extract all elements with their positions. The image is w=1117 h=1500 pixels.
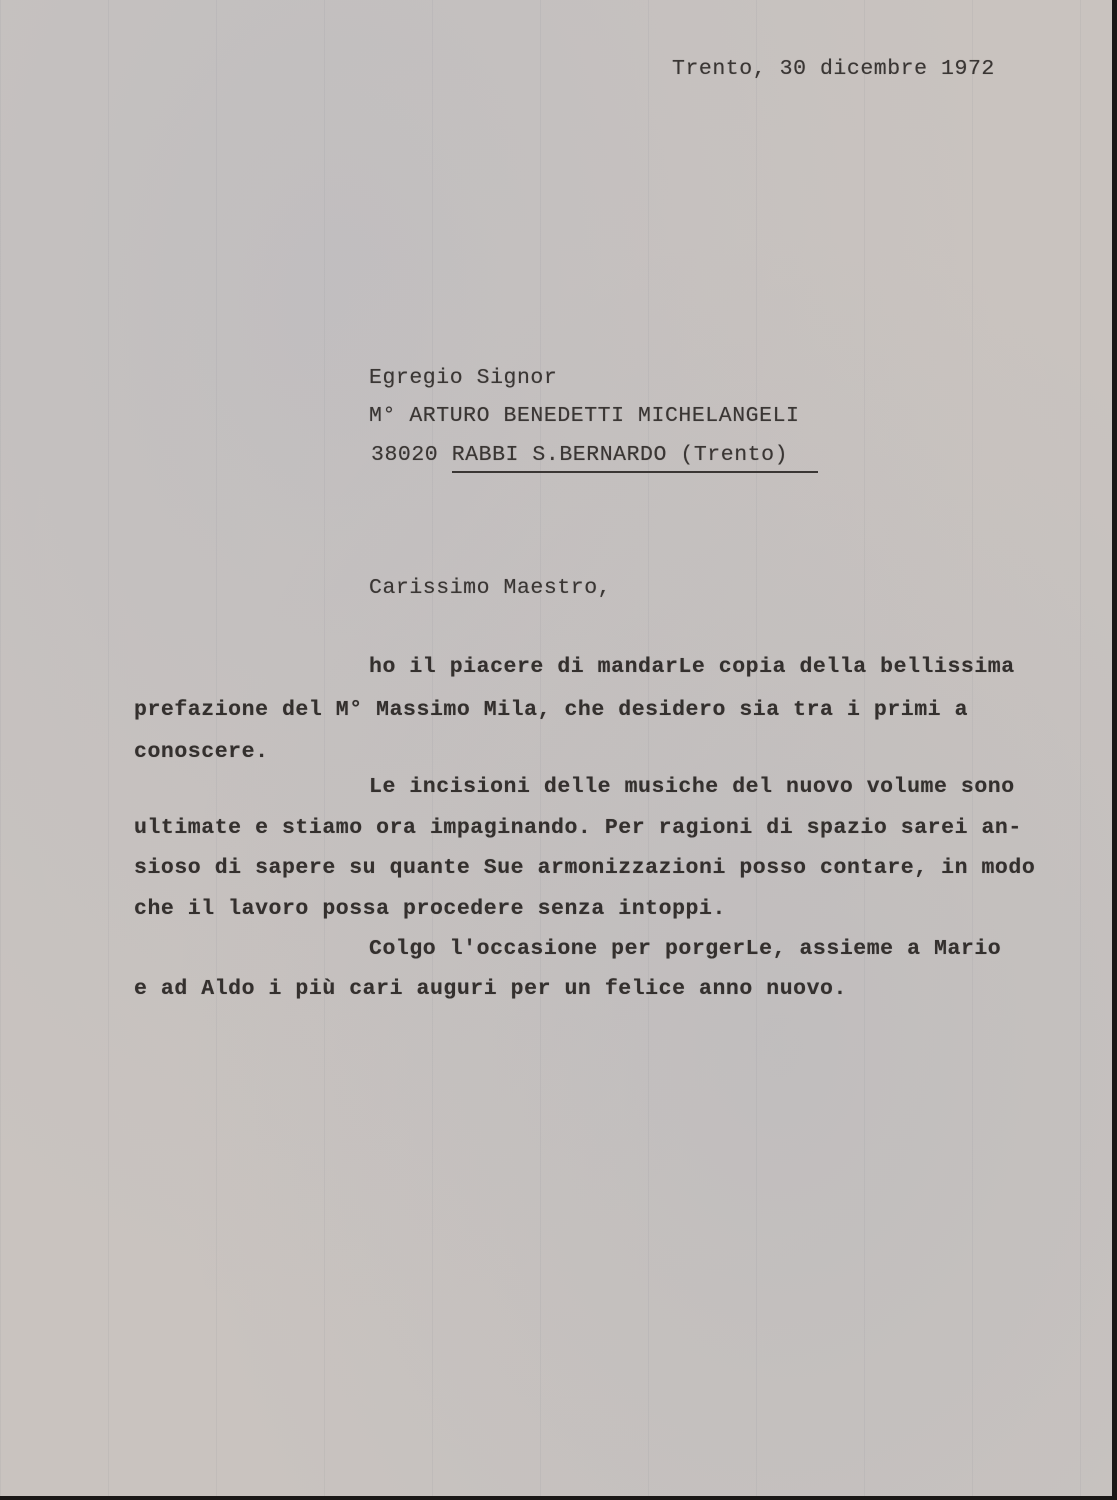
paragraph-2-line-1: Le incisioni delle musiche del nuovo vol… <box>369 777 1015 799</box>
greeting: Carissimo Maestro, <box>369 578 611 600</box>
recipient-locality: RABBI S.BERNARDO (Trento) <box>452 445 818 473</box>
paragraph-2-line-2: ultimate e stiamo ora impaginando. Per r… <box>134 818 1022 840</box>
paragraph-1-line-1: ho il piacere di mandarLe copia della be… <box>369 657 1015 679</box>
letter-page: Trento, 30 dicembre 1972 Egregio Signor … <box>0 0 1112 1496</box>
paragraph-1-line-3: conoscere. <box>134 742 269 764</box>
postal-code: 38020 <box>371 443 438 467</box>
paragraph-2-line-3: sioso di sapere su quante Sue armonizzaz… <box>134 858 1035 880</box>
recipient-salutation-line: Egregio Signor <box>369 368 557 390</box>
recipient-address: 38020 RABBI S.BERNARDO (Trento) <box>371 445 818 473</box>
paragraph-3-line-2: e ad Aldo i più cari auguri per un felic… <box>134 979 847 1001</box>
paragraph-2-line-4: che il lavoro possa procedere senza into… <box>134 899 726 921</box>
paragraph-1-line-2: prefazione del M° Massimo Mila, che desi… <box>134 700 968 722</box>
recipient-name: M° ARTURO BENEDETTI MICHELANGELI <box>369 406 799 428</box>
dateline: Trento, 30 dicembre 1972 <box>672 59 995 81</box>
paragraph-3-line-1: Colgo l'occasione per porgerLe, assieme … <box>369 939 1001 961</box>
